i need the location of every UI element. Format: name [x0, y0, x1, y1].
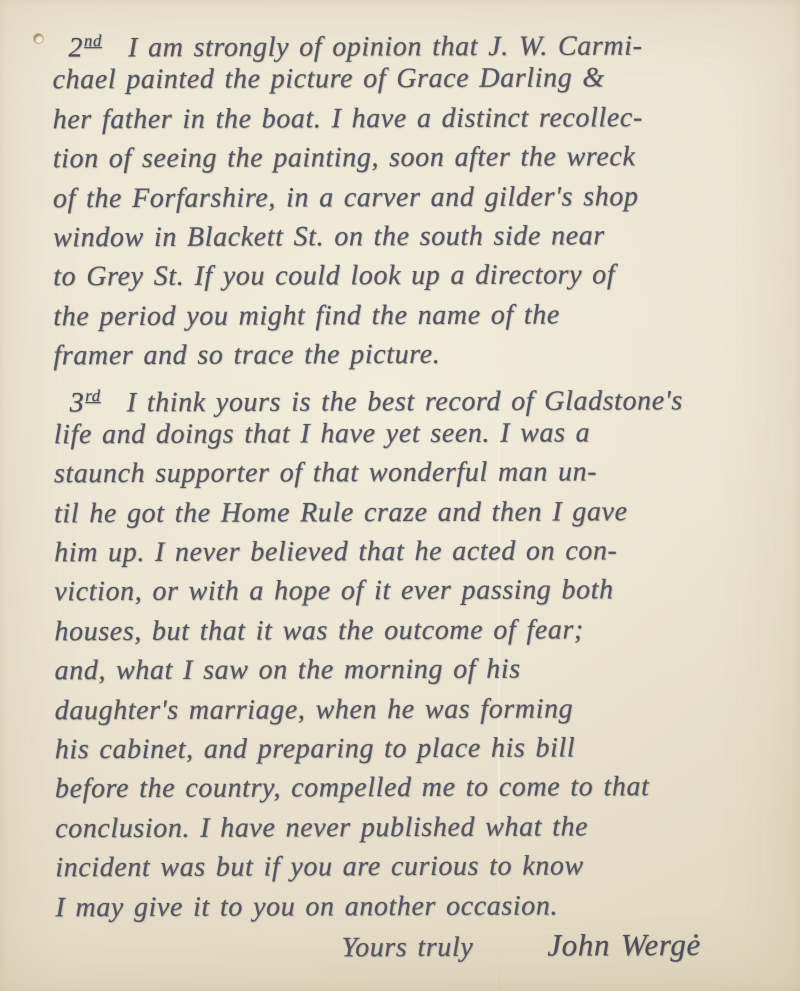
letter-line: life and doings that I have yet seen. I … [54, 413, 778, 455]
letter-page: 2ndI am strongly of opinion that J. W. C… [0, 0, 800, 991]
letter-line: her father in the boat. I have a distinc… [53, 98, 777, 140]
letter-body: 2ndI am strongly of opinion that J. W. C… [52, 19, 779, 967]
marker-ordinal: nd [84, 31, 102, 50]
signature-name: John Werge [547, 925, 701, 965]
letter-line: window in Blackett St. on the south side… [53, 216, 777, 258]
pinhole-mark [33, 33, 44, 44]
letter-line-text: I think yours is the best record of Glad… [127, 385, 683, 418]
closing-valediction: Yours truly [342, 928, 474, 968]
letter-line: staunch supporter of that wonderful man … [54, 452, 778, 494]
letter-line: 2ndI am strongly of opinion that J. W. C… [52, 19, 776, 61]
letter-line: of the Forfarshire, in a carver and gild… [53, 176, 777, 218]
letter-line: incident was but if you are curious to k… [55, 846, 779, 888]
letter-line: 3rdI think yours is the best record of G… [54, 373, 778, 415]
letter-line: framer and so trace the picture. [53, 334, 777, 376]
letter-line: conclusion. I have never published what … [55, 807, 779, 849]
letter-line: to Grey St. If you could look up a direc… [53, 255, 777, 297]
paragraph-third-point: 3rdI think yours is the best record of G… [54, 373, 780, 927]
letter-line: him up. I never believed that he acted o… [54, 531, 778, 573]
letter-line: and, what I saw on the morning of his [55, 649, 779, 691]
paragraph-second-point: 2ndI am strongly of opinion that J. W. C… [52, 19, 777, 376]
marker-ordinal: rd [85, 386, 101, 405]
letter-line: daughter's marriage, when he was forming [55, 688, 779, 730]
marker-number: 2 [68, 32, 83, 63]
letter-line: the period you might find the name of th… [53, 294, 777, 336]
letter-line: I may give it to you on another occasion… [55, 885, 779, 927]
letter-line: his cabinet, and preparing to place his … [55, 728, 779, 770]
letter-line: houses, but that it was the outcome of f… [54, 610, 778, 652]
letter-line: before the country, compelled me to come… [55, 767, 779, 809]
letter-line: tion of seeing the painting, soon after … [53, 137, 777, 179]
signature-line: Yours trulyJohn Werge [56, 925, 780, 967]
letter-line: viction, or with a hope of it ever passi… [54, 570, 778, 612]
marker-number: 3 [70, 387, 85, 418]
letter-line: til he got the Home Rule craze and then … [54, 491, 778, 533]
letter-line: chael painted the picture of Grace Darli… [52, 58, 776, 100]
